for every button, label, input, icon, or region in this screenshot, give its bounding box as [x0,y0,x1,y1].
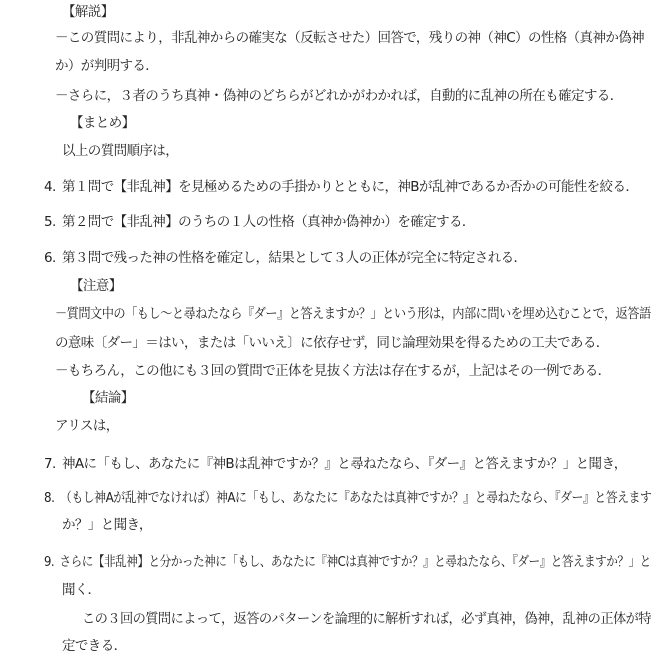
list-text: 第１問で【非乱神】を見極めるための手掛かりとともに，神Bが乱神であるか否かの可能… [62,179,638,195]
list-number: 8. [44,488,60,508]
section-heading-ketsuron: 【結論】 [82,388,134,408]
list-number: 4. [44,177,62,197]
kaisetsu-line-3: －さらに，３者のうち真神・偽神のどちらがどれかがわかれば，自動的に乱神の所在も確… [55,86,623,106]
list-number: 9. [44,552,60,572]
chui-line-3: －もちろん，この他にも３回の質問で正体を見抜く方法は存在するが，上記はその一例で… [55,361,611,381]
list-item-8: 8.（もし神Aが乱神でなければ）神Aに「もし、あなたに『あなたは真神ですか？』と… [44,488,651,508]
kaisetsu-line-2: か）が判明する． [55,56,158,76]
chui-line-2: の意味〔ダー」＝はい，または「いいえ〕に依存せず，同じ論理効果を得るための工夫で… [55,333,609,353]
matome-intro: 以上の質問順序は， [62,141,178,161]
closing-line-1: この３回の質問によって，返答のパターンを論理的に解析すれば，必ず真神，偽神，乱神… [82,609,651,629]
list-number: 5. [44,212,62,232]
list-text: 神Aに「もし、あなたに『神Bは乱神ですか？』と尋ねたなら、『ダー』と答えますか？… [62,456,627,472]
list-text: 第３問で残った神の性格を確定し，結果として３人の正体が完全に特定される． [62,250,526,266]
list-text: 第２問で【非乱神】のうちの１人の性格（真神か偽神か）を確定する． [62,214,475,230]
list-number: 6. [44,248,62,268]
chui-line-1: －質問文中の「もし～と尋ねたなら『ダー』と答えますか？」という形は，内部に問いを… [55,304,651,324]
list-number: 7. [44,454,62,474]
ketsuron-intro: アリスは， [55,416,119,436]
list-item-9: 9.さらに【非乱神】と分かった神に「もし、あなたに『神Cは真神ですか？』と尋ねた… [44,552,651,572]
list-text: （もし神Aが乱神でなければ）神Aに「もし、あなたに『あなたは真神ですか？』と尋ね… [60,490,651,506]
section-heading-matome: 【まとめ】 [70,113,135,133]
list-item-6: 6.第３問で残った神の性格を確定し，結果として３人の正体が完全に特定される． [44,248,526,268]
list-item-7: 7.神Aに「もし、あなたに『神Bは乱神ですか？』と尋ねたなら、『ダー』と答えます… [44,454,627,474]
list-item-8-continued: か？」と聞き， [62,515,152,535]
kaisetsu-line-1: －この質問により，非乱神からの確実な（反転させた）回答で，残りの神（神C）の性格… [55,28,644,48]
section-heading-kaisetsu: 【解説】 [62,2,114,22]
list-item-4: 4.第１問で【非乱神】を見極めるための手掛かりとともに，神Bが乱神であるか否かの… [44,177,638,197]
list-item-5: 5.第２問で【非乱神】のうちの１人の性格（真神か偽神か）を確定する． [44,212,475,232]
list-item-9-continued: 聞く． [62,580,100,600]
closing-line-2: 定できる． [62,636,127,656]
section-heading-chui: 【注意】 [70,276,122,296]
list-text: さらに【非乱神】と分かった神に「もし、あなたに『神Cは真神ですか？』と尋ねたなら… [60,554,651,570]
